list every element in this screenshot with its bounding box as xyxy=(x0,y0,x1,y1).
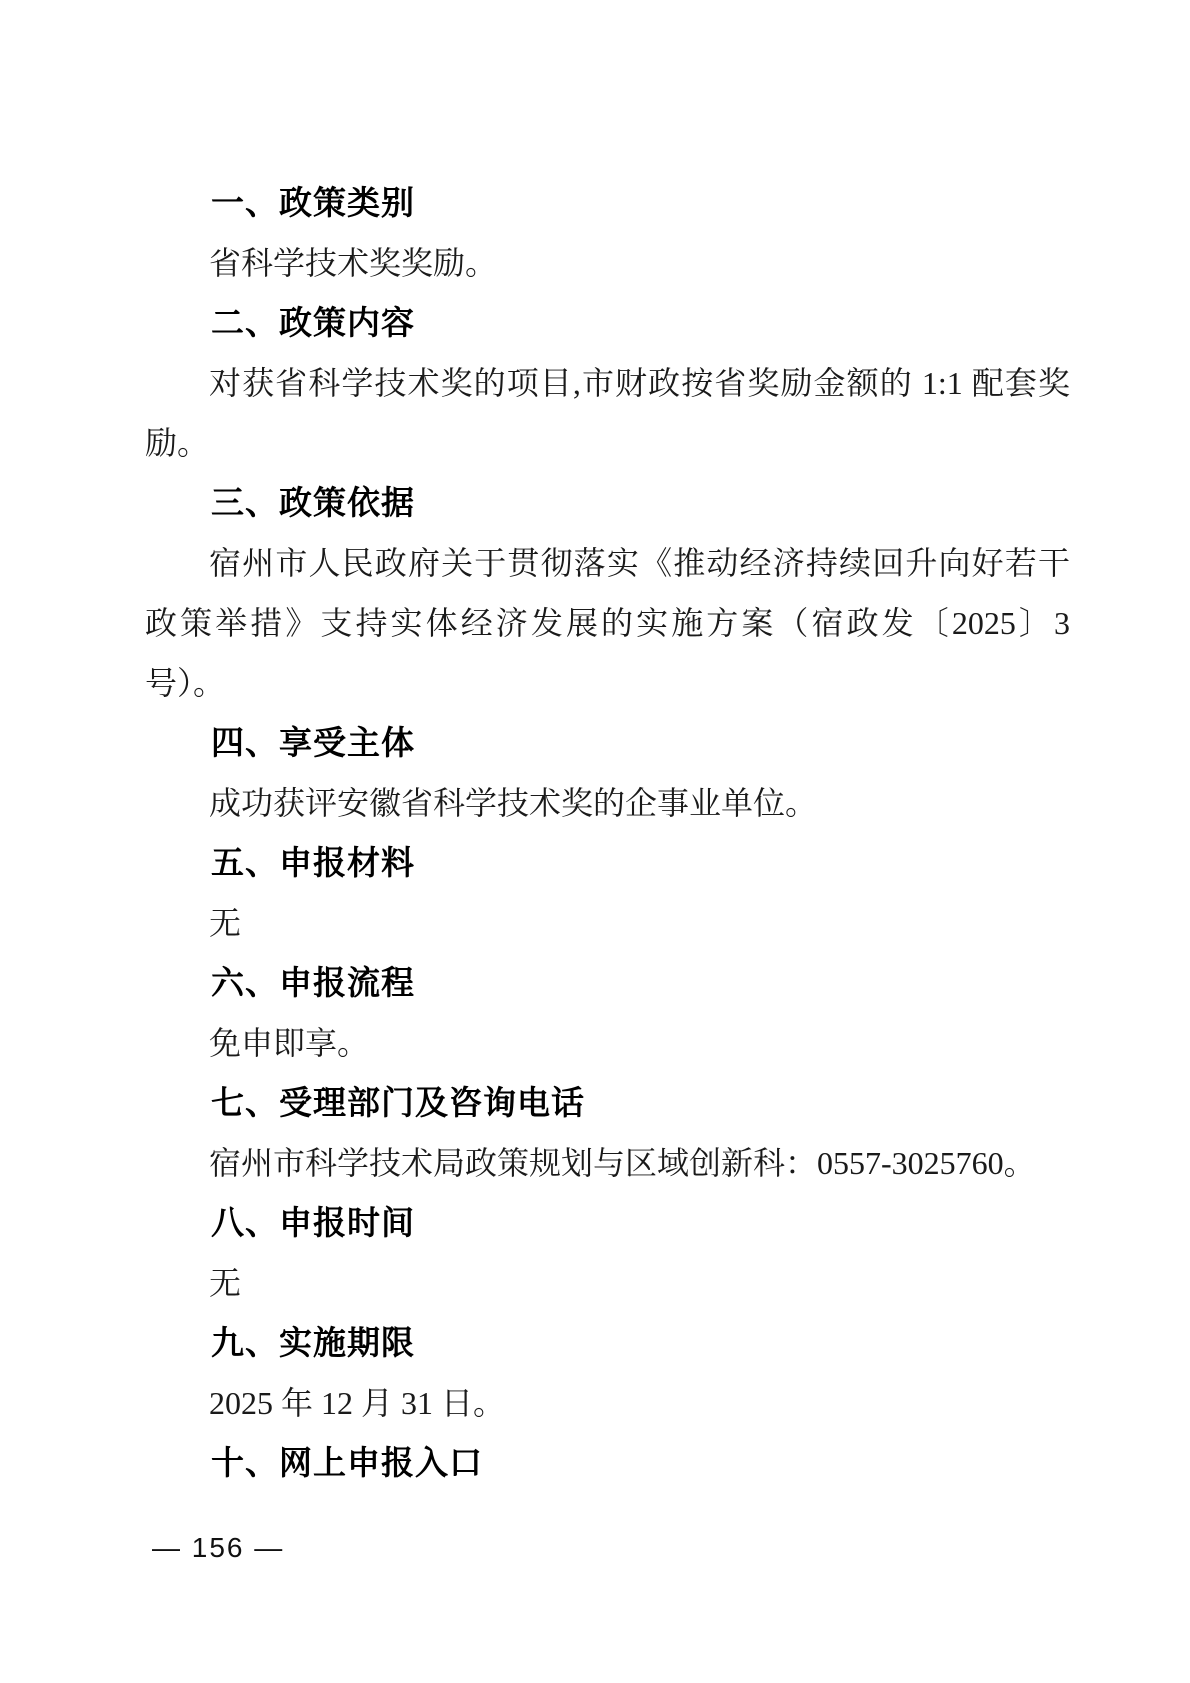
document-page: 一、政策类别省科学技术奖奖励。二、政策内容对获省科学技术奖的项目,市财政按省奖励… xyxy=(0,0,1190,1683)
section-heading: 七、受理部门及咨询电话 xyxy=(145,1073,1070,1133)
section-heading: 二、政策内容 xyxy=(145,293,1070,353)
section-body: 无 xyxy=(145,1253,1070,1313)
policy-document: 一、政策类别省科学技术奖奖励。二、政策内容对获省科学技术奖的项目,市财政按省奖励… xyxy=(145,173,1070,1493)
section-heading: 八、申报时间 xyxy=(145,1193,1070,1253)
section-heading: 三、政策依据 xyxy=(145,473,1070,533)
section-heading: 一、政策类别 xyxy=(145,173,1070,233)
section-body: 免申即享。 xyxy=(145,1013,1070,1073)
section-heading: 六、申报流程 xyxy=(145,953,1070,1013)
section-heading: 九、实施期限 xyxy=(145,1313,1070,1373)
page-footer: — 156 — xyxy=(152,1518,284,1578)
section-body: 成功获评安徽省科学技术奖的企事业单位。 xyxy=(145,773,1070,833)
section-heading: 五、申报材料 xyxy=(145,833,1070,893)
section-heading: 四、享受主体 xyxy=(145,713,1070,773)
section-heading: 十、网上申报入口 xyxy=(145,1433,1070,1493)
section-body: 宿州市科学技术局政策规划与区域创新科：0557-3025760。 xyxy=(145,1133,1070,1193)
section-body: 宿州市人民政府关于贯彻落实《推动经济持续回升向好若干政策举措》支持实体经济发展的… xyxy=(145,533,1070,713)
section-body: 2025 年 12 月 31 日。 xyxy=(145,1373,1070,1433)
page-number: — 156 — xyxy=(152,1532,284,1563)
section-body: 无 xyxy=(145,893,1070,953)
section-body: 对获省科学技术奖的项目,市财政按省奖励金额的 1:1 配套奖励。 xyxy=(145,353,1070,473)
section-body: 省科学技术奖奖励。 xyxy=(145,233,1070,293)
